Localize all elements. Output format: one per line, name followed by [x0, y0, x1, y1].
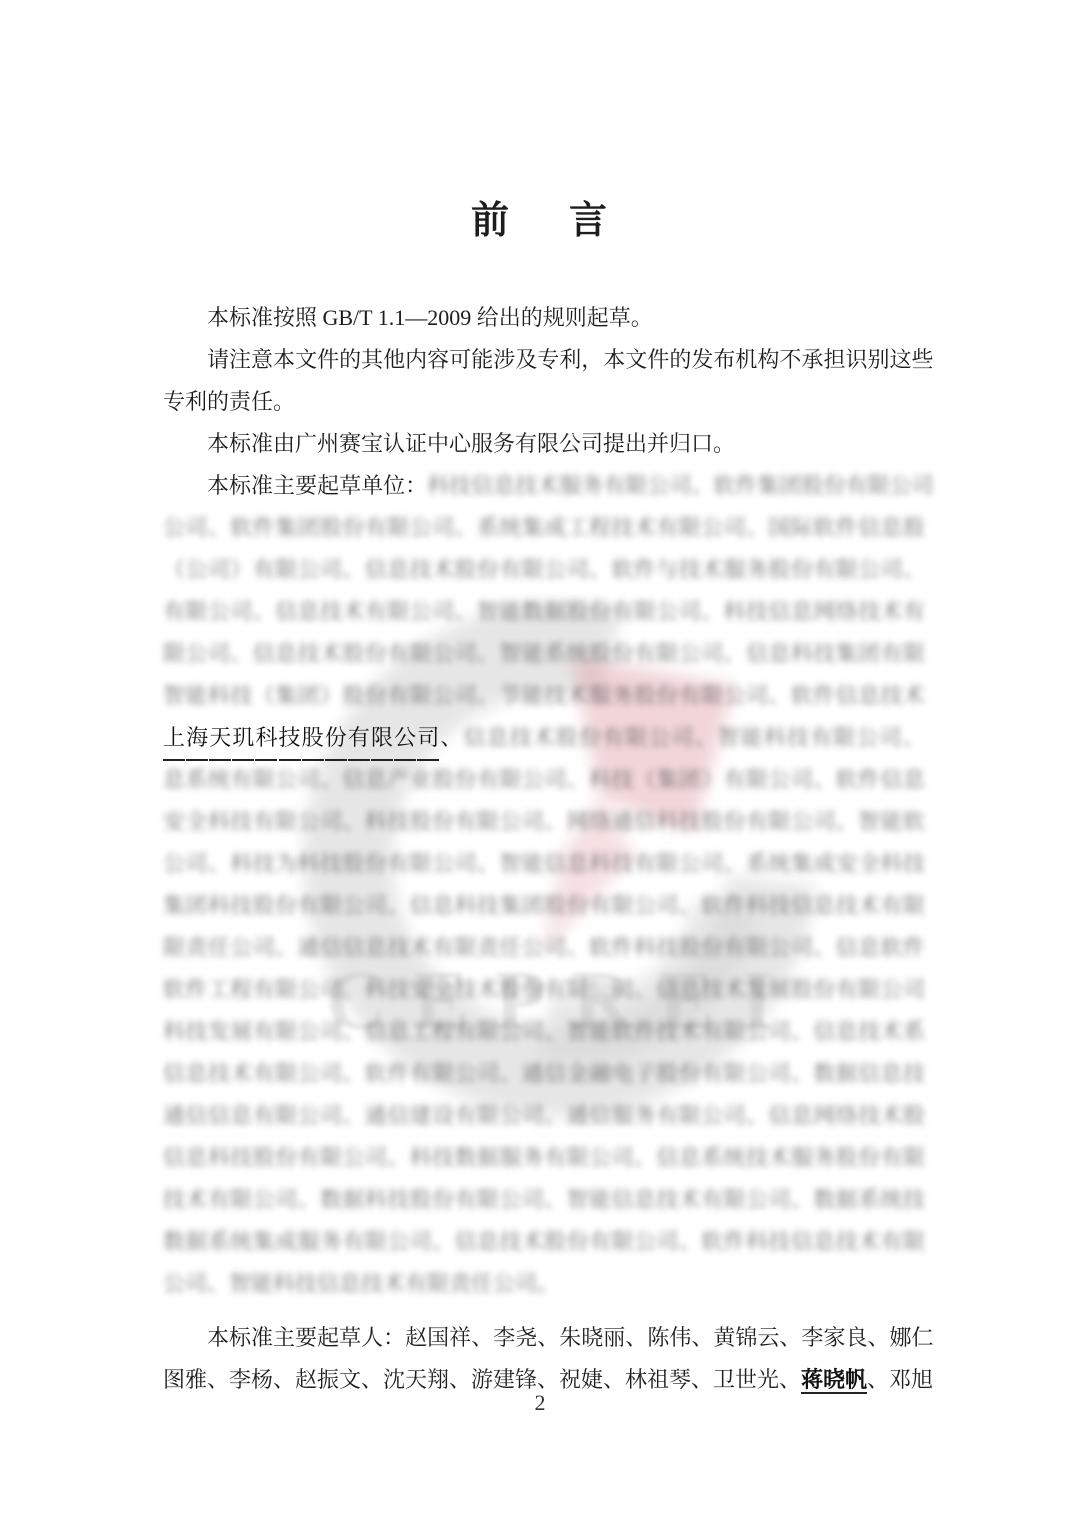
redacted-line: 限责任公司、通信信息技术有限责任公司、软件科技股份有限公司、信息软件: [163, 927, 925, 969]
redacted-line: （公司）有限公司、信息技术股份有限公司、软件与技术服务股份有限公司、: [163, 549, 925, 591]
redacted-line: 安全科技有限公司、科技股份有限公司、网络通信科技股份有限公司、智能软: [163, 801, 925, 843]
drafting-units-line-1: 本标准主要起草单位：科技信息技术服务有限公司、软件集团股份有限公司: [163, 465, 925, 507]
redacted-line: 信息技术有限公司、软件有限公司、通信金融电子股份有限公司、数据信息技: [163, 1053, 925, 1095]
foreword-line-issuer: 本标准由广州赛宝认证中心服务有限公司提出并归口。: [163, 423, 925, 465]
page-number: 2: [0, 1390, 1080, 1416]
page-title: 前 言: [0, 192, 1080, 240]
title-char-2: 言: [569, 189, 609, 244]
redacted-line: 智能科技（集团）股份有限公司、节能技术服务股份有限公司、软件信息技术: [163, 675, 925, 717]
redacted-line: 限公司、信息技术股份有限公司、智能系统股份有限公司、信息科技集团有限: [163, 633, 925, 675]
title-char-1: 前: [471, 189, 511, 244]
redacted-line: 公司、科技为科技股份有限公司、智能信息科技有限公司、系统集成安全科技: [163, 843, 925, 885]
document-page: CEPREI 前 言 本标准按照 GB/T 1.1—2009 给出的规则起草。请…: [0, 0, 1080, 1527]
redacted-line: 息系统有限公司、信息产业股份有限公司、科技（集团）有限公司、软件信息: [163, 759, 925, 801]
foreword-body: 本标准按照 GB/T 1.1—2009 给出的规则起草。请注意本文件的其他内容可…: [163, 297, 925, 1401]
redacted-line: 信息科技股份有限公司、科技数据服务有限公司、信息系统技术服务股份有限: [163, 1137, 925, 1179]
foreword-line-patent-2: 专利的责任。: [163, 381, 925, 423]
redacted-line: 科技发展有限公司、信息工程有限公司、智能软件技术有限公司、信息技术系: [163, 1011, 925, 1053]
foreword-line-patent-1: 请注意本文件的其他内容可能涉及专利，本文件的发布机构不承担识别这些: [163, 339, 925, 381]
drafters-line-1: 本标准主要起草人：赵国祥、李尧、朱晓丽、陈伟、黄锦云、李家良、娜仁: [163, 1317, 925, 1359]
redacted-line: 集团科技股份有限公司、信息科技集团股份有限公司、软件科技信息技术有限: [163, 885, 925, 927]
redacted-line: 公司、软件集团股份有限公司、系统集成工程技术有限公司、国际软件信息股: [163, 507, 925, 549]
redacted-line: 数据系统集成服务有限公司、信息技术股份有限公司、软件科技信息技术有限: [163, 1221, 925, 1263]
foreword-line-rules: 本标准按照 GB/T 1.1—2009 给出的规则起草。: [163, 297, 925, 339]
redacted-line: 有限公司、信息技术有限公司、智能数据股份有限公司、科技信息网络技术有: [163, 591, 925, 633]
redacted-line: 软件工程有限公司、科技安全技术股份有限公司、信息技术发展股份有限公司: [163, 969, 925, 1011]
redacted-line: 通信信息有限公司、通信建设有限公司、通信服务有限公司、信息网络技术股: [163, 1095, 925, 1137]
drafting-units-highlight-line: 上海天玑科技股份有限公司、信息技术股份有限公司、智能科技有限公司、: [163, 717, 925, 759]
redacted-line: 技术有限公司、数据科技股份有限公司、智能信息技术有限公司、数据系统技: [163, 1179, 925, 1221]
redacted-line-last: 公司、智能科技信息技术有限责任公司。: [163, 1263, 925, 1305]
